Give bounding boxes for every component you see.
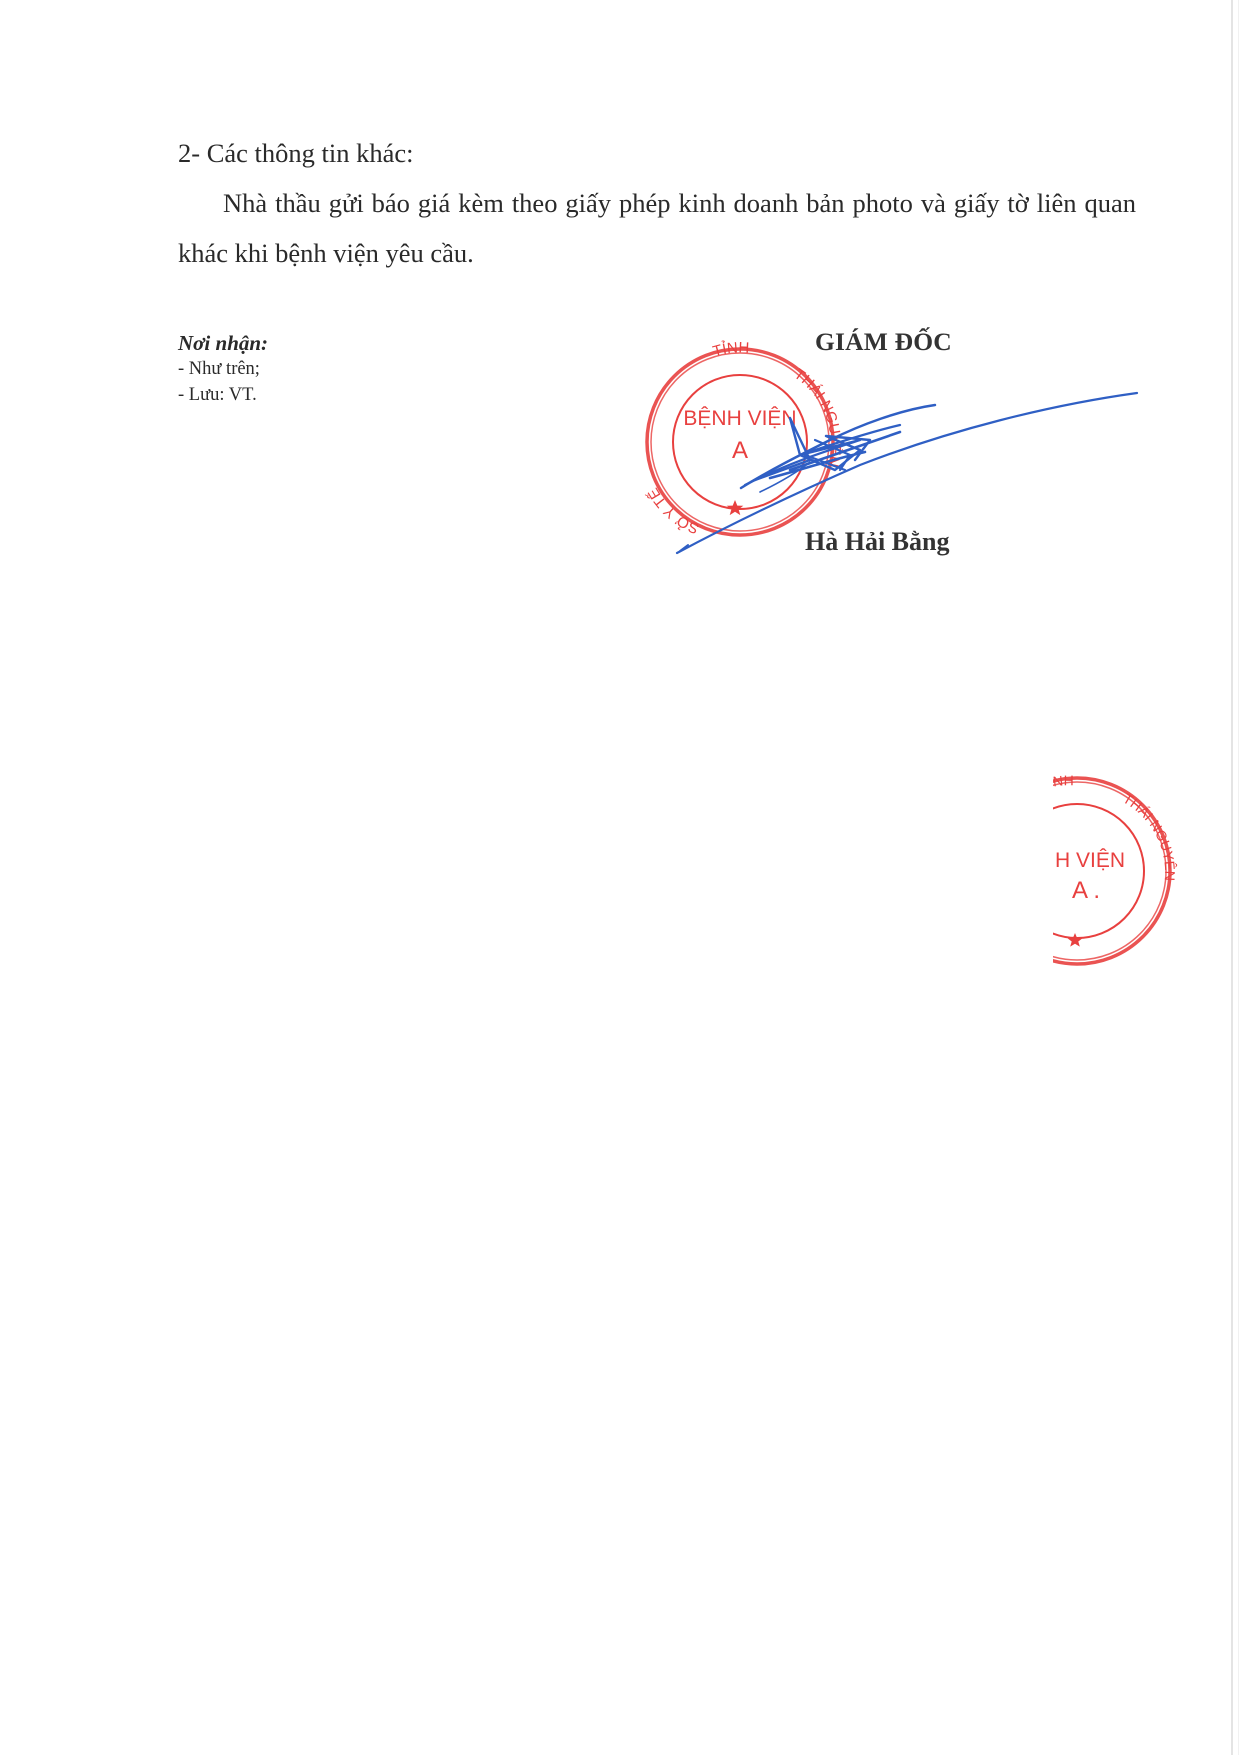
- stamp-ring-top: TỈNH: [711, 339, 750, 360]
- partial-stamp: NH THÁI NGUYÊN H VIỆN A .: [984, 772, 1178, 964]
- signer-title: GIÁM ĐỐC: [815, 327, 952, 357]
- partial-stamp-ring-top: NH: [1052, 772, 1074, 789]
- official-stamp: SỞ Y TẾ TỈNH THÁI NGUYÊN BỆNH VIỆN A: [645, 339, 844, 537]
- stamp-center-line2: A: [732, 437, 748, 464]
- partial-stamp-center-line2: A .: [1072, 877, 1100, 904]
- stamp-signature-layer: SỞ Y TẾ TỈNH THÁI NGUYÊN BỆNH VIỆN A NH: [0, 0, 1241, 1755]
- partial-stamp-ring-right: THÁI NGUYÊN: [1120, 790, 1178, 881]
- star-icon: [727, 500, 744, 515]
- partial-stamp-center-line1: H VIỆN: [1055, 849, 1125, 872]
- stamp-ring-left: SỞ Y TẾ: [645, 485, 702, 537]
- stamp-center-line1: BỆNH VIỆN: [683, 407, 796, 430]
- star-icon: [1068, 933, 1083, 947]
- signer-name: Hà Hải Bằng: [805, 527, 949, 557]
